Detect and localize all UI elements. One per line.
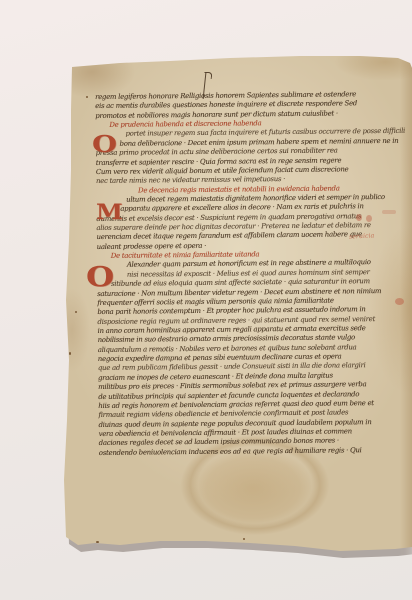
marginal-note: seruicia xyxy=(349,232,375,240)
text-block: regem legiferos honorare Relligiosis hon… xyxy=(95,90,412,458)
ink-speck xyxy=(69,352,71,355)
drop-cap-initial-o2: O xyxy=(86,264,114,291)
photo-backdrop: regem legiferos honorare Relligiosis hon… xyxy=(0,0,412,600)
ink-speck xyxy=(243,538,245,540)
red-smudge xyxy=(395,298,404,305)
drop-cap-initial-m: M xyxy=(96,201,123,222)
manuscript-leaf: regem legiferos honorare Relligiosis hon… xyxy=(0,0,412,600)
ink-speck xyxy=(96,541,99,543)
ink-speck xyxy=(75,311,77,313)
drop-cap-initial-o1: O xyxy=(92,133,117,156)
ink-speck xyxy=(86,96,88,98)
red-smudge xyxy=(356,214,362,221)
red-smudge xyxy=(382,210,396,214)
